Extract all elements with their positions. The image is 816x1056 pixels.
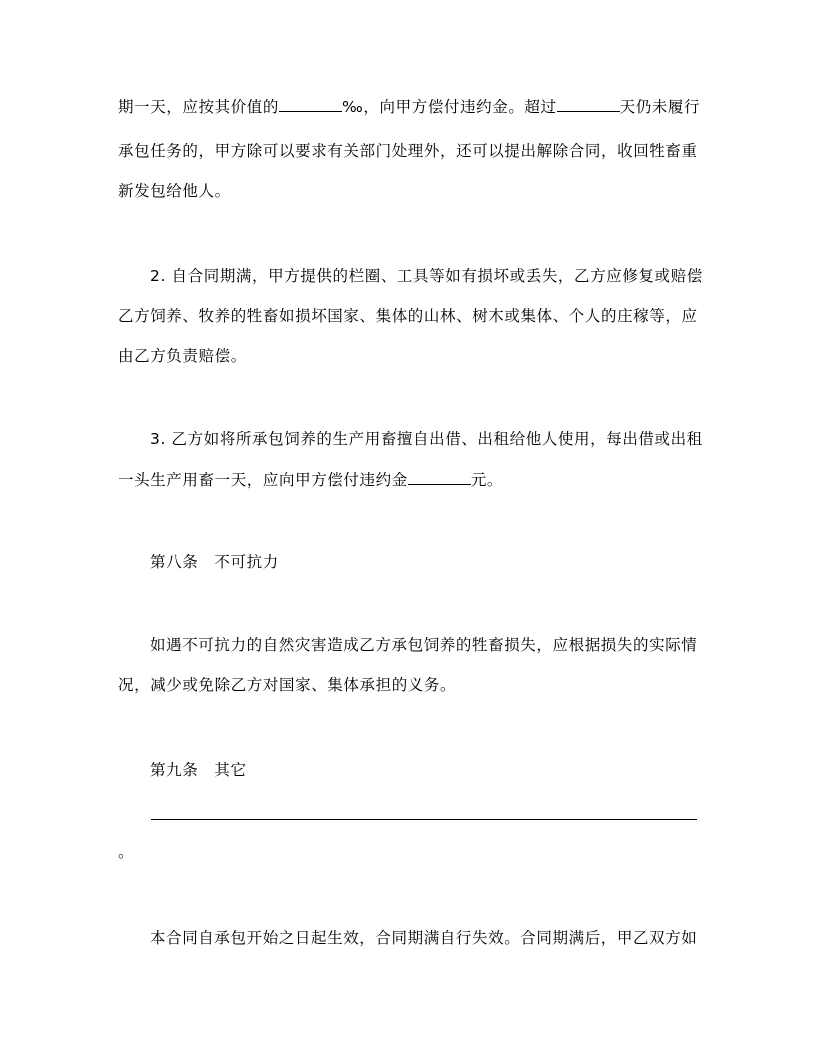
text-line: 期一天，应按其价值的‰，向甲方偿付违约金。超过天仍未履行	[118, 97, 698, 116]
section-heading: 第九条 其它	[150, 761, 730, 779]
end-mark: 。	[118, 843, 698, 861]
fill-blank-days[interactable]	[557, 97, 620, 112]
text-line: 如遇不可抗力的自然灾害造成乙方承包饲养的牲畜损失，应根据损失的实际情	[150, 636, 698, 654]
fill-in-line-other-terms[interactable]	[151, 819, 697, 820]
text-segment: 天仍未履行	[620, 98, 701, 116]
text-line: 新发包给他人。	[118, 182, 698, 200]
text-line: 由乙方负责赔偿。	[118, 347, 698, 365]
text-line: 2. 自合同期满，甲方提供的栏圈、工具等如有损坏或丢失，乙方应修复或赔偿	[150, 267, 698, 285]
text-line: 3. 乙方如将所承包饲养的生产用畜擅自出借、出租给他人使用，每出借或出租	[150, 430, 698, 448]
text-line: 一头生产用畜一天，应向甲方偿付违约金元。	[118, 470, 698, 489]
text-line: 承包任务的，甲方除可以要求有关部门处理外，还可以提出解除合同，收回牲畜重	[118, 142, 698, 160]
section-heading: 第八条 不可抗力	[150, 553, 730, 571]
text-line: 况，减少或免除乙方对国家、集体承担的义务。	[118, 676, 698, 694]
fill-blank-amount[interactable]	[408, 470, 471, 485]
text-segment: ‰，向甲方偿付违约金。超过	[342, 98, 557, 116]
text-segment: 期一天，应按其价值的	[118, 98, 279, 116]
text-line: 本合同自承包开始之日起生效，合同期满自行失效。合同期满后，甲乙双方如	[150, 929, 698, 947]
text-segment: 元。	[471, 471, 503, 489]
text-segment: 一头生产用畜一天，应向甲方偿付违约金	[118, 471, 408, 489]
fill-blank-percentage[interactable]	[279, 97, 342, 112]
text-line: 乙方饲养、牧养的牲畜如损坏国家、集体的山林、树木或集体、个人的庄稼等，应	[118, 307, 698, 325]
